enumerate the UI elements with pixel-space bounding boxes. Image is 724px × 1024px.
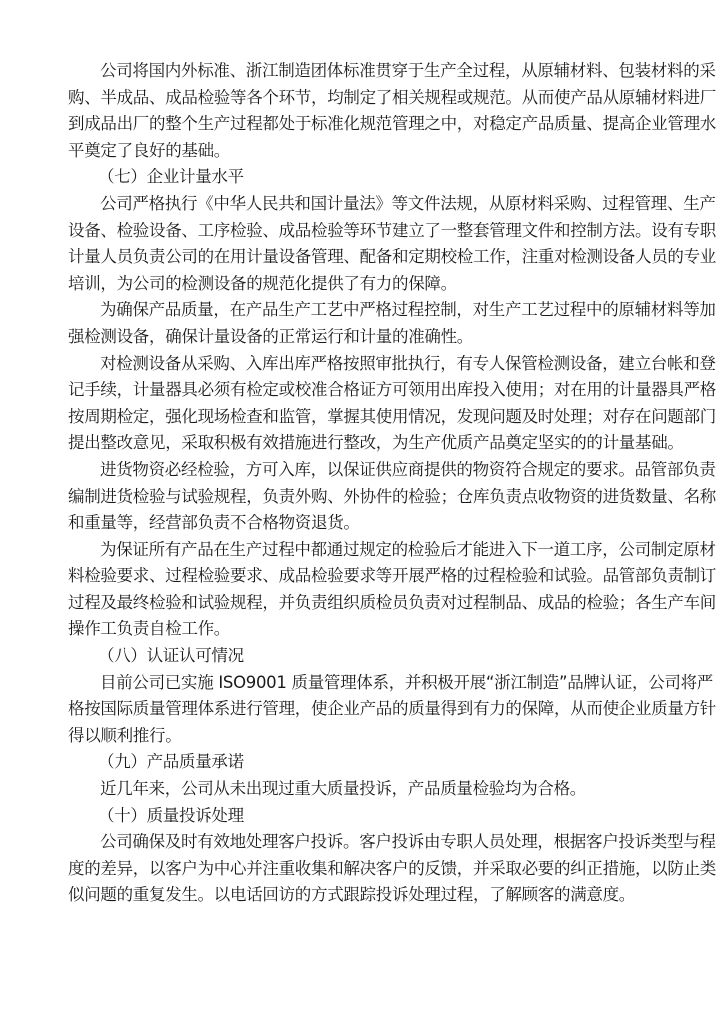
section-heading: （七）企业计量水平 <box>68 164 658 191</box>
text-line: 编制进货检验与试验规程，负责外购、外协件的检验；仓库负责点收物资的进货数量、名称 <box>68 484 658 511</box>
text-line: 近几年来，公司从未出现过重大质量投诉，产品质量检验均为合格。 <box>68 776 658 803</box>
text-line: 过程及最终检验和试验规程，并负责组织质检员负责对过程制品、成品的检验；各生产车间 <box>68 590 658 617</box>
text-line: 平奠定了良好的基础。 <box>68 138 658 165</box>
text-line: 度的差异，以客户为中心并注重收集和解决客户的反馈，并采取必要的纠正措施，以防止类 <box>68 856 658 883</box>
text-line: 对检测设备从采购、入库出库严格按照审批执行，有专人保管检测设备，建立台帐和登 <box>68 351 658 378</box>
text-line: 记手续，计量器具必须有检定或校准合格证方可领用出库投入使用；对在用的计量器具严格 <box>68 377 658 404</box>
text-line: 公司将国内外标准、浙江制造团体标准贯穿于生产全过程，从原辅材料、包装材料的采 <box>68 58 658 85</box>
text-line: 目前公司已实施 ISO9001 质量管理体系，并积极开展“浙江制造”品牌认证，公… <box>68 670 658 697</box>
text-line: 进货物资必经检验，方可入库，以保证供应商提供的物资符合规定的要求。品管部负责 <box>68 457 658 484</box>
section-heading: （十）质量投诉处理 <box>68 803 658 830</box>
text-line: 料检验要求、过程检验要求、成品检验要求等开展严格的过程检验和试验。品管部负责制订 <box>68 563 658 590</box>
text-line: 培训，为公司的检测设备的规范化提供了有力的保障。 <box>68 271 658 298</box>
text-line: 和重量等，经营部负责不合格物资退货。 <box>68 510 658 537</box>
text-line: 得以顺利推行。 <box>68 723 658 750</box>
text-line: 计量人员负责公司的在用计量设备管理、配备和定期校检工作，注重对检测设备人员的专业 <box>68 244 658 271</box>
text-line: 到成品出厂的整个生产过程都处于标准化规范管理之中，对稳定产品质量、提高企业管理水 <box>68 111 658 138</box>
text-line: 为确保产品质量，在产品生产工艺中严格过程控制，对生产工艺过程中的原辅材料等加 <box>68 297 658 324</box>
text-line: 强检测设备，确保计量设备的正常运行和计量的准确性。 <box>68 324 658 351</box>
text-line: 设备、检验设备、工序检验、成品检验等环节建立了一整套管理文件和控制方法。设有专职 <box>68 218 658 245</box>
section-heading: （九）产品质量承诺 <box>68 749 658 776</box>
text-line: 公司严格执行《中华人民共和国计量法》等文件法规，从原材料采购、过程管理、生产 <box>68 191 658 218</box>
text-line: 为保证所有产品在生产过程中都通过规定的检验后才能进入下一道工序，公司制定原材 <box>68 537 658 564</box>
section-heading: （八）认证认可情况 <box>68 643 658 670</box>
text-line: 按周期检定，强化现场检查和监管，掌握其使用情况，发现问题及时处理；对存在问题部门 <box>68 404 658 431</box>
document-page: 公司将国内外标准、浙江制造团体标准贯穿于生产全过程，从原辅材料、包装材料的采 购… <box>68 58 658 909</box>
text-line: 操作工负责自检工作。 <box>68 616 658 643</box>
text-line: 购、半成品、成品检验等各个环节，均制定了相关规程或规范。从而使产品从原辅材料进厂 <box>68 85 658 112</box>
text-line: 格按国际质量管理体系进行管理，使企业产品的质量得到有力的保障，从而使企业质量方针 <box>68 696 658 723</box>
text-line: 公司确保及时有效地处理客户投诉。客户投诉由专职人员处理，根据客户投诉类型与程 <box>68 829 658 856</box>
text-line: 提出整改意见，采取积极有效措施进行整改，为生产优质产品奠定坚实的的计量基础。 <box>68 430 658 457</box>
text-line: 似问题的重复发生。以电话回访的方式跟踪投诉处理过程，了解顾客的满意度。 <box>68 882 658 909</box>
